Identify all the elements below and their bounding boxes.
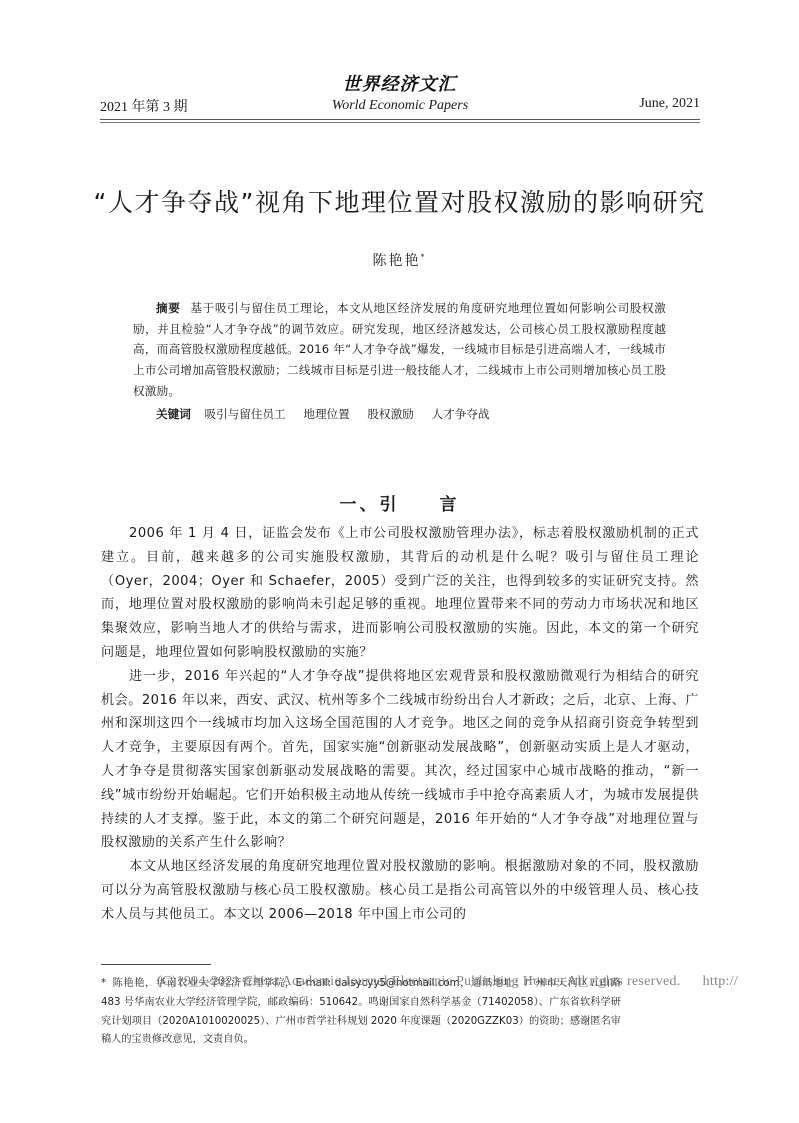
journal-english-name: World Economic Papers <box>100 98 700 114</box>
issue-date: June, 2021 <box>639 96 700 112</box>
keyword: 吸引与留住员工 <box>204 407 285 421</box>
body-paragraph: 进一步，2016 年兴起的“人才争夺战”提供将地区宏观背景和股权激励微观行为相结… <box>101 665 699 855</box>
keywords: 关键词 吸引与留住员工 地理位置 股权激励 人才争夺战 <box>156 406 503 422</box>
abstract: 摘要基于吸引与留住员工理论，本文从地区经济发展的角度研究地理位置如何影响公司股权… <box>133 298 666 402</box>
watermark-url[interactable]: http:// <box>703 974 739 989</box>
section-heading-introduction: 一、引言 <box>0 490 799 515</box>
copyright-watermark: (C)1994-2021 China Academic Journal Elec… <box>157 974 738 990</box>
abstract-label: 摘要 <box>156 301 180 315</box>
keyword: 地理位置 <box>303 407 349 421</box>
journal-logo: 世界经济文汇 <box>0 70 799 96</box>
author-line: 陈艳艳* <box>0 250 799 270</box>
keyword: 股权激励 <box>367 407 413 421</box>
abstract-text: 基于吸引与留住员工理论，本文从地区经济发展的角度研究地理位置如何影响公司股权激励… <box>133 301 666 398</box>
footnote-divider <box>101 964 211 965</box>
running-header: 2021 年第 3 期 World Economic Papers June, … <box>100 96 700 116</box>
author-footnote-mark[interactable]: * <box>421 252 427 261</box>
body-paragraph: 2006 年 1 月 4 日，证监会发布《上市公司股权激励管理办法》，标志着股权… <box>101 522 699 665</box>
paper-page: 世界经济文汇 2021 年第 3 期 World Economic Papers… <box>0 0 799 1123</box>
body-text: 2006 年 1 月 4 日，证监会发布《上市公司股权激励管理办法》，标志着股权… <box>101 522 699 927</box>
keyword: 人才争夺战 <box>432 407 490 421</box>
keywords-label: 关键词 <box>156 407 191 421</box>
author-name: 陈艳艳 <box>373 253 421 269</box>
body-paragraph: 本文从地区经济发展的角度研究地理位置对股权激励的影响。根据激励对象的不同，股权激… <box>101 855 699 926</box>
article-title: “人才争夺战”视角下地理位置对股权激励的影响研究 <box>0 183 799 219</box>
footnote-mark: * <box>101 978 106 989</box>
header-rule-thick <box>100 119 700 120</box>
header-rule-thin <box>100 122 700 123</box>
